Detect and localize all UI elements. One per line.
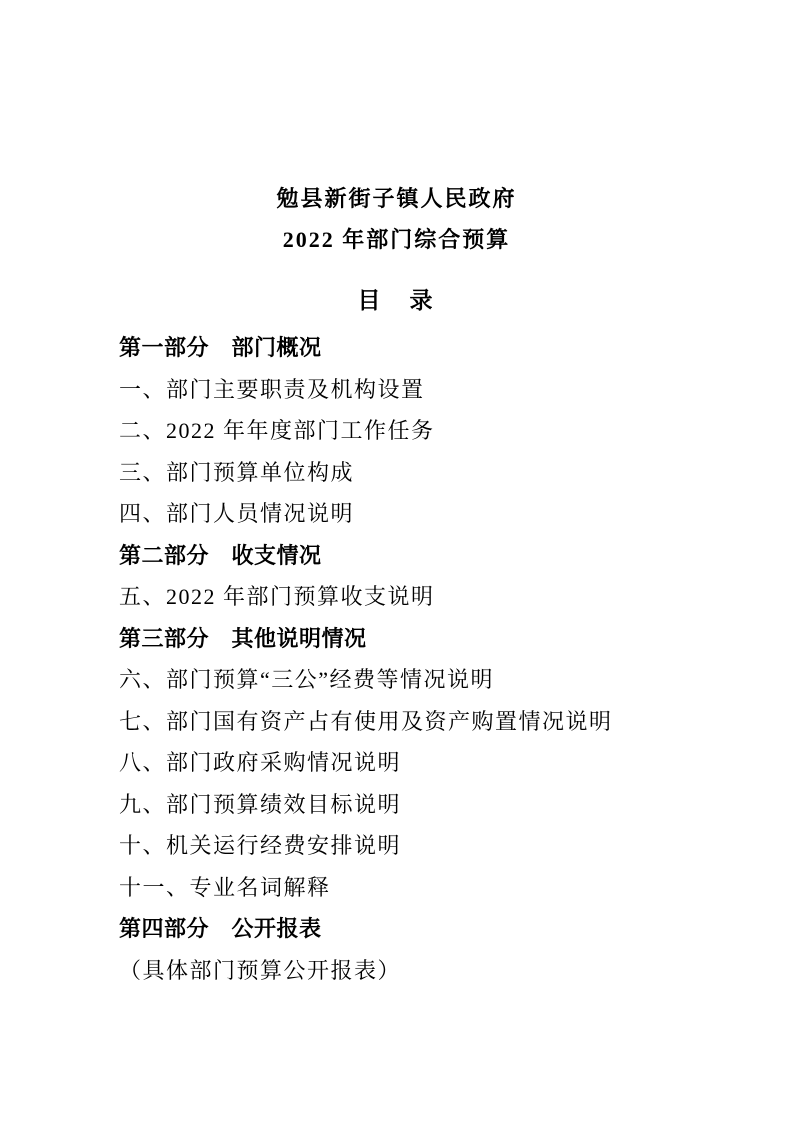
toc-entry: 九、部门预算绩效目标说明 [119,784,753,826]
toc-entry: 二、2022 年年度部门工作任务 [119,410,753,452]
document-title-line-2: 2022 年部门综合预算 [0,219,793,260]
toc-section-header: 第四部分 公开报表 [119,908,753,950]
toc-entry: 一、部门主要职责及机构设置 [119,369,753,411]
toc-section-header: 第一部分 部门概况 [119,327,753,369]
toc-entry: 十一、专业名词解释 [119,867,753,909]
toc-heading: 目 录 [0,280,793,321]
toc-list: 第一部分 部门概况一、部门主要职责及机构设置二、2022 年年度部门工作任务三、… [119,327,753,991]
toc-entry: 三、部门预算单位构成 [119,452,753,494]
toc-entry: 八、部门政府采购情况说明 [119,742,753,784]
toc-entry: 十、机关运行经费安排说明 [119,825,753,867]
toc-entry: 七、部门国有资产占有使用及资产购置情况说明 [119,701,753,743]
document-title-line-1: 勉县新街子镇人民政府 [0,178,793,219]
toc-entry: 六、部门预算“三公”经费等情况说明 [119,659,753,701]
document-page: 勉县新街子镇人民政府 2022 年部门综合预算 目 录 第一部分 部门概况一、部… [0,0,793,1122]
toc-section-header: 第三部分 其他说明情况 [119,618,753,660]
toc-section-header: 第二部分 收支情况 [119,535,753,577]
document-title: 勉县新街子镇人民政府 2022 年部门综合预算 [0,178,793,260]
toc-entry: （具体部门预算公开报表） [119,950,753,992]
toc-entry: 四、部门人员情况说明 [119,493,753,535]
toc-entry: 五、2022 年部门预算收支说明 [119,576,753,618]
